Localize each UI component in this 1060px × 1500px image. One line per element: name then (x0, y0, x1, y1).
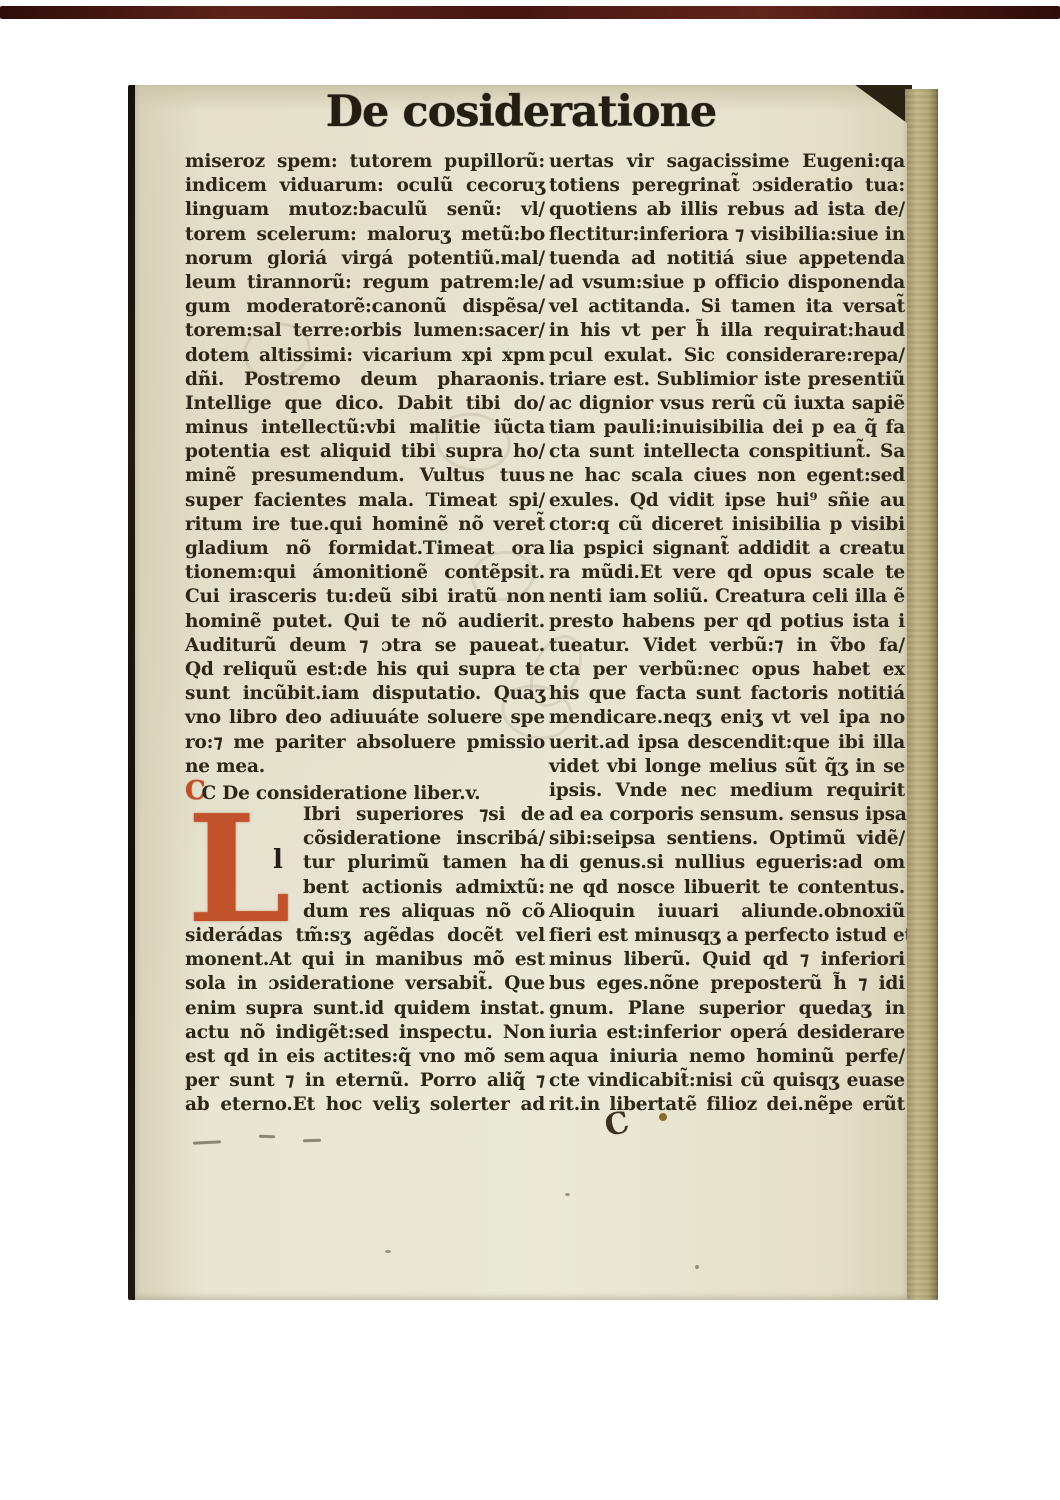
text-line: vel actitanda. Si tamen ita versat̃ (549, 295, 905, 319)
text-line: Auditurũ deum ⁊ ɔtra se paueat. (185, 634, 545, 658)
text-line: vno libro deo adiuuáte soluere spe (185, 706, 545, 730)
text-line: tuenda ad notitiá siue appetenda (549, 247, 905, 271)
text-line: linguam mutoz:baculũ senũ: vl/ (185, 198, 545, 222)
text-line: Ibri superiores ⁊si de (303, 803, 545, 827)
text-line: tueatur. Videt verbũ:⁊ in ṽbo fa/ (549, 634, 905, 658)
text-line: in his vt per h̃ illa requirat:haud (549, 319, 905, 343)
text-line: dotem altissimi: vicarium xpi xpm (185, 344, 545, 368)
pencil-dash (303, 1139, 321, 1143)
text-line: triare est. Sublimior iste presentiũ (549, 368, 905, 392)
text-line: torem:sal terre:orbis lumen:sacer/ (185, 319, 545, 343)
text-line: Intellige que dico. Dabit tibi do/ (185, 392, 545, 416)
text-line: super facientes mala. Timeat spi/ (185, 489, 545, 513)
text-line: leum tirannorũ: regum patrem:le/ (185, 271, 545, 295)
text-line: ad ea corporis sensum. sensus ipsa (549, 803, 905, 827)
text-line: ra mũdi.Et vere qd opus scale te (549, 561, 905, 585)
text-line: ad vsum:siue p officio disponenda (549, 271, 905, 295)
book-cover-strip (0, 6, 1060, 19)
text-line: uertas vir sagacissime Eugeni:qa (549, 150, 905, 174)
text-line: fieri est minusqʒ a perfecto istud et (549, 924, 905, 948)
text-line: ctor:q cũ diceret inisibilia p visibi (549, 513, 905, 537)
text-line: ne hac scala ciues non egent:sed (549, 464, 905, 488)
book-page: De cosideratione miseroz spem: tutorem p… (128, 85, 938, 1300)
pencil-dash (259, 1135, 275, 1139)
page-paper: De cosideratione miseroz spem: tutorem p… (135, 85, 907, 1300)
text-line: actu nõ indigẽt:sed inspectu. Non (185, 1021, 545, 1045)
paper-speck (695, 1265, 699, 1269)
drop-cap-initial: L l (185, 803, 303, 924)
text-line: sibi:seipsa sentiens. Optimũ vidẽ/ (549, 827, 905, 851)
text-line: cta per verbũ:nec opus habet ex (549, 658, 905, 682)
text-line: exules. Qd vidit ipse hui⁹ sñie au (549, 489, 905, 513)
text-line: ipsis. Vnde nec medium requirit (549, 779, 905, 803)
text-line: his que facta sunt factoris notitiá (549, 682, 905, 706)
left-column: miseroz spem: tutorem pupillorũ:indicem … (185, 150, 545, 1118)
text-line: nenti iam soliũ. Creatura celi illa ẽ (549, 585, 905, 609)
pencil-dash (193, 1140, 221, 1144)
text-line: bus eges.nõne preposterũ h̃ ⁊ idi (549, 972, 905, 996)
text-line: sunt incũbit.iam disputatio. Quaʒ (185, 682, 545, 706)
text-line: tiam pauli:inuisibilia dei p ea q̃ fa (549, 416, 905, 440)
scanned-page-photo: De cosideratione miseroz spem: tutorem p… (0, 0, 1060, 1500)
text-line: per sunt ⁊ in eternũ. Porro aliq̃ ⁊ (185, 1069, 545, 1093)
text-line: di genus.si nullius egueris:ad om (549, 851, 905, 875)
text-line: ac dignior vsus rerũ cũ iuxta sapiẽ (549, 392, 905, 416)
text-line: ne qd nosce libuerit te contentus. (549, 876, 905, 900)
text-line: cta sunt intellecta conspitiunt̃. Sa (549, 440, 905, 464)
paper-speck (565, 1193, 570, 1196)
text-line: sola in ɔsideratione versabit̃. Que (185, 972, 545, 996)
text-line: ab eterno.Et hoc veliʒ solerter ad (185, 1093, 545, 1117)
initial-row: L l Ibri superiores ⁊si decõsideratione … (185, 803, 545, 924)
text-line: gum moderatorẽ:canonũ dispẽsa/ (185, 295, 545, 319)
text-line: miseroz spem: tutorem pupillorũ: (185, 150, 545, 174)
text-line: lia pspici signant̃ addidit a creatu (549, 537, 905, 561)
text-line: gnum. Plane superior quedaʒ in (549, 997, 905, 1021)
initial-wrapped-lines: Ibri superiores ⁊si decõsideratione insc… (303, 803, 545, 924)
ink-dot (659, 1113, 667, 1121)
paper-speck (385, 1250, 391, 1253)
text-line: bent actionis admixtũ: (303, 876, 545, 900)
text-line: norum gloriá virgá potentiũ.mal/ (185, 247, 545, 271)
page-title: De cosideratione (135, 87, 907, 137)
text-line: videt vbi longe melius sũt q̃ʒ in se (549, 755, 905, 779)
text-line: tur plurimũ tamen ha (303, 851, 545, 875)
text-line: quotiens ab illis rebus ad ista de/ (549, 198, 905, 222)
text-line: aqua iniuria nemo hominũ perfe/ (549, 1045, 905, 1069)
text-line: ritum ire tue.qui hominẽ nõ veret̃ (185, 513, 545, 537)
text-line: dñi. Postremo deum pharaonis. (185, 368, 545, 392)
text-line: uerit.ad ipsa descendit:que ibi illa (549, 731, 905, 755)
text-line: ro:⁊ me pariter absoluere pmissio (185, 731, 545, 755)
text-line: totiens peregrinat̃ ɔsideratio tua: (549, 174, 905, 198)
text-line: indicem viduarum: oculũ cecoruʒ (185, 174, 545, 198)
text-line: Qd reliquũ est:de his qui supra te (185, 658, 545, 682)
text-line: cte vindicabit̃:nisi cũ quisqʒ euase (549, 1069, 905, 1093)
guide-letter: l (273, 845, 283, 875)
text-line: presto habens per qd potius ista i (549, 610, 905, 634)
text-line: minus liberũ. Quid qd ⁊ inferiori (549, 948, 905, 972)
text-line: ne mea. (185, 755, 545, 779)
text-line: hominẽ putet. Qui te nõ audierit. (185, 610, 545, 634)
text-line: enim supra sunt.id quidem instat. (185, 997, 545, 1021)
text-line: dum res aliquas nõ cõ (303, 900, 545, 924)
right-column: uertas vir sagacissime Eugeni:qatotiens … (549, 150, 905, 1118)
text-line: pcul exulat. Sic considerare:repa/ (549, 344, 905, 368)
text-line: mendicare.neqʒ eniʒ vt vel ipa no (549, 706, 905, 730)
text-line: est qd in eis actites:q̃ vno mõ sem (185, 1045, 545, 1069)
text-line: flectitur:inferiora ⁊ visibilia:siue in (549, 223, 905, 247)
text-line: cõsideratione inscribá/ (303, 827, 545, 851)
page-edge-band (905, 89, 938, 1300)
text-line: Alioquin iuuari aliunde.obnoxiũ (549, 900, 905, 924)
text-line: torem scelerum: maloruʒ metũ:bo (185, 223, 545, 247)
text-line: iuria est:inferior operá desiderare (549, 1021, 905, 1045)
